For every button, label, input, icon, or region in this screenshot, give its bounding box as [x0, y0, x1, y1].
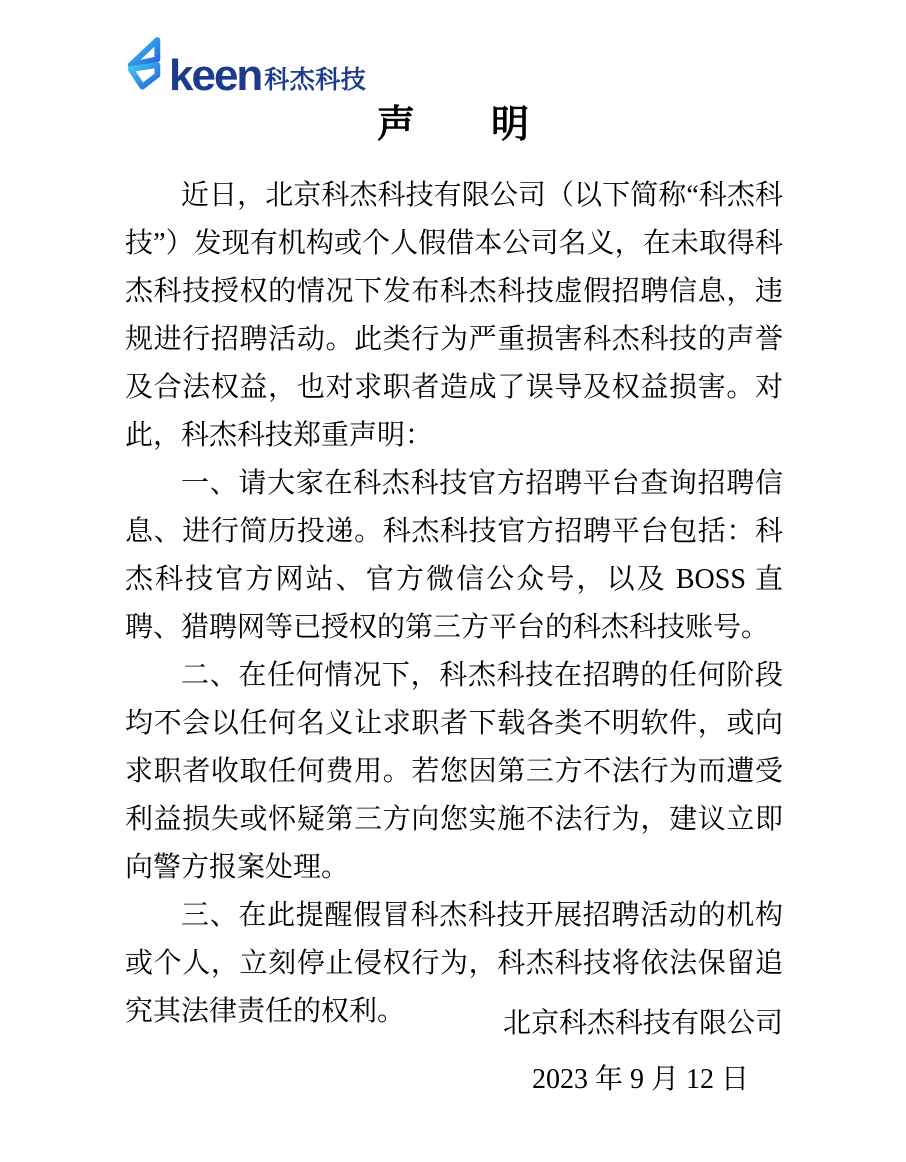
brand-name-cjk: 科杰科技	[264, 68, 366, 93]
statement-paragraph-item1: 一、请大家在科杰科技官方招聘平台查询招聘信息、进行简历投递。科杰科技官方招聘平台…	[125, 460, 783, 652]
company-logo: keen 科杰科技	[124, 34, 366, 91]
statement-page: keen 科杰科技 声 明 近日，北京科杰科技有限公司（以下简称“科杰科技”）发…	[0, 0, 906, 1162]
signature-company: 北京科杰科技有限公司	[125, 996, 783, 1052]
statement-title: 声 明	[0, 102, 906, 148]
statement-body: 近日，北京科杰科技有限公司（以下简称“科杰科技”）发现有机构或个人假借本公司名义…	[125, 172, 783, 1036]
keen-logo-icon	[124, 34, 164, 91]
signature-date: 2023 年 9 月 12 日	[125, 1052, 783, 1108]
brand-name-latin: keen	[169, 54, 261, 98]
statement-paragraph-item2: 二、在任何情况下，科杰科技在招聘的任何阶段均不会以任何名义让求职者下载各类不明软…	[125, 652, 783, 892]
statement-paragraph-intro: 近日，北京科杰科技有限公司（以下简称“科杰科技”）发现有机构或个人假借本公司名义…	[125, 172, 783, 460]
signature-block: 北京科杰科技有限公司 2023 年 9 月 12 日	[125, 996, 783, 1108]
